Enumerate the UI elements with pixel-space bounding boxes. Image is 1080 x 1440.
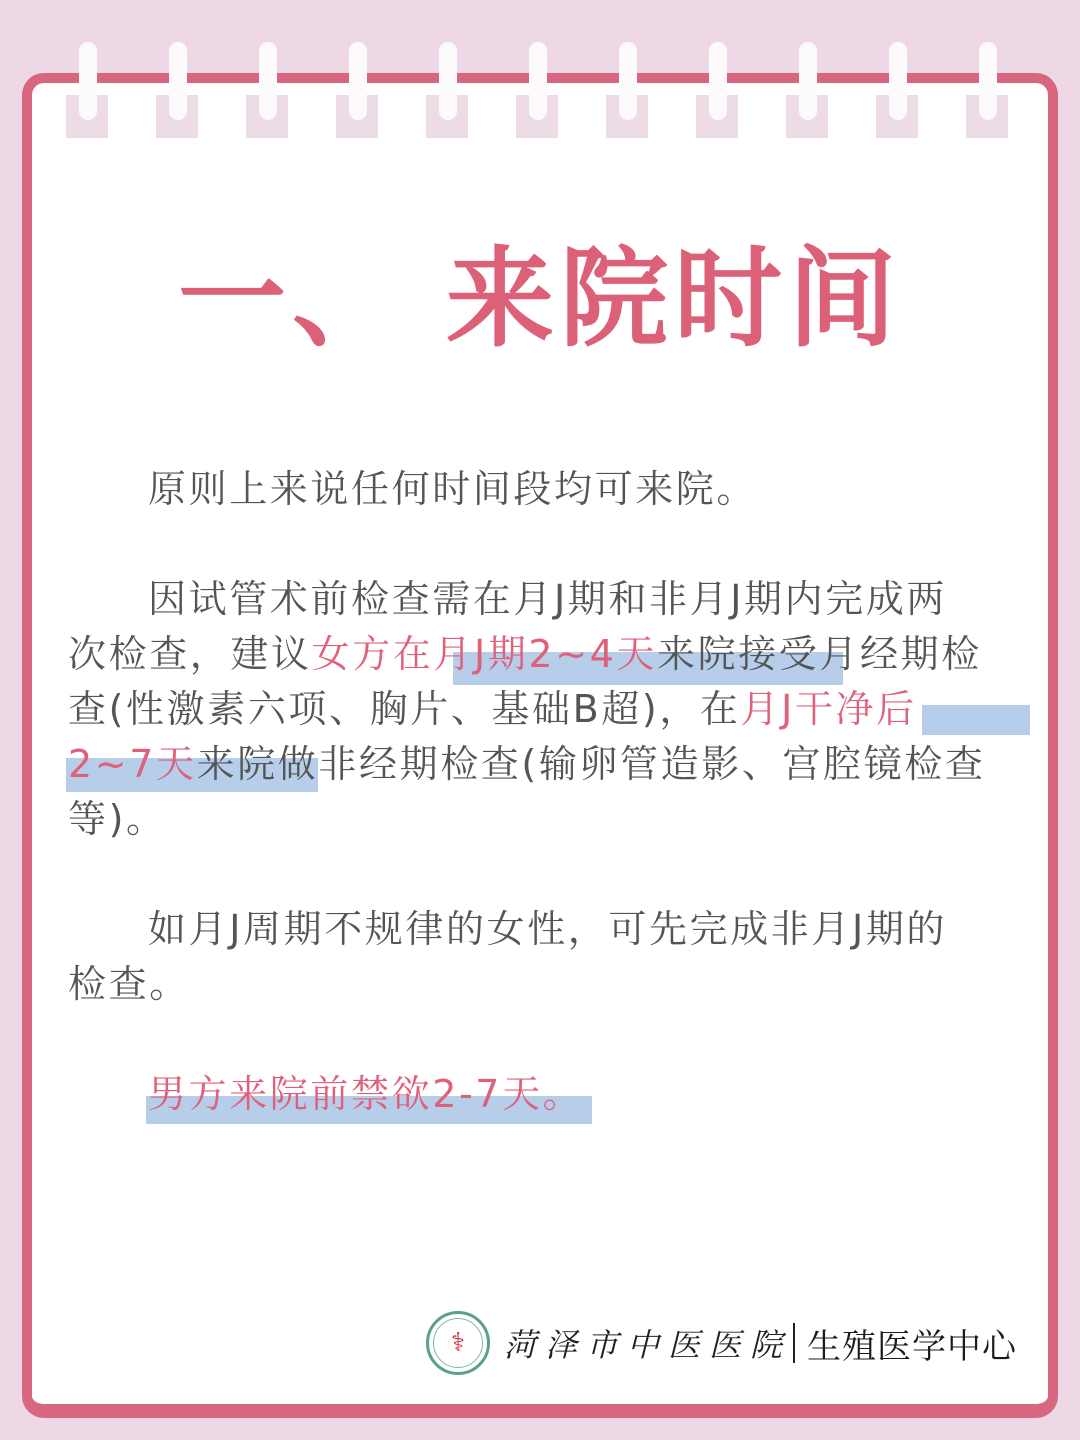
text-line: 如月J周期不规律的女性，可先完成非月J期的 [68,902,1018,957]
binder-ring-icon [889,42,907,120]
emphasis-text: 男方来院前禁欲2-7天。 [148,1072,583,1116]
paragraph-text: 检查。 [68,962,190,1006]
paragraph-text: 等)。 [68,797,167,841]
department-name: 生殖医学中心 [807,1319,1017,1368]
emphasis-text: 2~7天 [68,742,197,786]
text-line: 因试管术前检查需在月J期和非月J期内完成两 [68,572,1018,627]
binder-ring-icon [619,42,637,120]
binder-ring-icon [169,42,187,120]
divider [793,1323,795,1363]
text-line: 等)。 [68,792,1018,847]
paragraph-3: 如月J周期不规律的女性，可先完成非月J期的 检查。 [68,902,1018,1012]
paragraph-text: 查(性激素六项、胸片、基础B超)，在 [68,687,741,731]
binder-ring-icon [529,42,547,120]
paragraph-text: 来院做非经期检查(输卵管造影、宫腔镜检查 [197,742,986,786]
page-title: 一、来院时间 [0,230,1080,370]
emphasis-text: 女方在月J期2~4天 [312,632,657,676]
binder-ring-icon [349,42,367,120]
binder-ring-icon [259,42,277,120]
text-line: 查(性激素六项、胸片、基础B超)，在月J干净后 [68,682,1018,737]
binder-ring-icon [979,42,997,120]
emphasis-text: 月J干净后 [741,687,917,731]
paragraph-1: 原则上来说任何时间段均可来院。 [68,462,1018,517]
text-line: 检查。 [68,957,1018,1012]
hospital-name: 菏泽市中医医院 [504,1320,791,1366]
text-line: 2~7天来院做非经期检查(输卵管造影、宫腔镜检查 [68,737,1018,792]
hospital-emblem-icon: ⚕ [426,1311,490,1375]
binder-ring-icon [439,42,457,120]
text-line: 男方来院前禁欲2-7天。 [68,1067,1018,1122]
paragraph-text: 次检查，建议 [68,632,312,676]
title-number: 一、 [178,230,406,370]
paragraph-4: 男方来院前禁欲2-7天。 [68,1067,1018,1122]
text-line: 次检查，建议女方在月J期2~4天来院接受月经期检 [68,627,1018,682]
paragraph-text: 因试管术前检查需在月J期和非月J期内完成两 [148,577,947,621]
caduceus-icon: ⚕ [433,1318,483,1368]
footer-brand: ⚕ 菏泽市中医医院 生殖医学中心 [426,1310,1017,1376]
paragraph-text: 原则上来说任何时间段均可来院。 [148,467,757,511]
binder-ring-icon [799,42,817,120]
binder-ring-icon [79,42,97,120]
paragraph-text: 如月J周期不规律的女性，可先完成非月J期的 [148,907,947,951]
paragraph-text: 来院接受月经期检 [657,632,982,676]
paragraph-2: 因试管术前检查需在月J期和非月J期内完成两 次检查，建议女方在月J期2~4天来院… [68,572,1018,847]
text-line: 原则上来说任何时间段均可来院。 [68,462,1018,517]
binder-ring-icon [709,42,727,120]
title-text: 来院时间 [446,230,902,370]
